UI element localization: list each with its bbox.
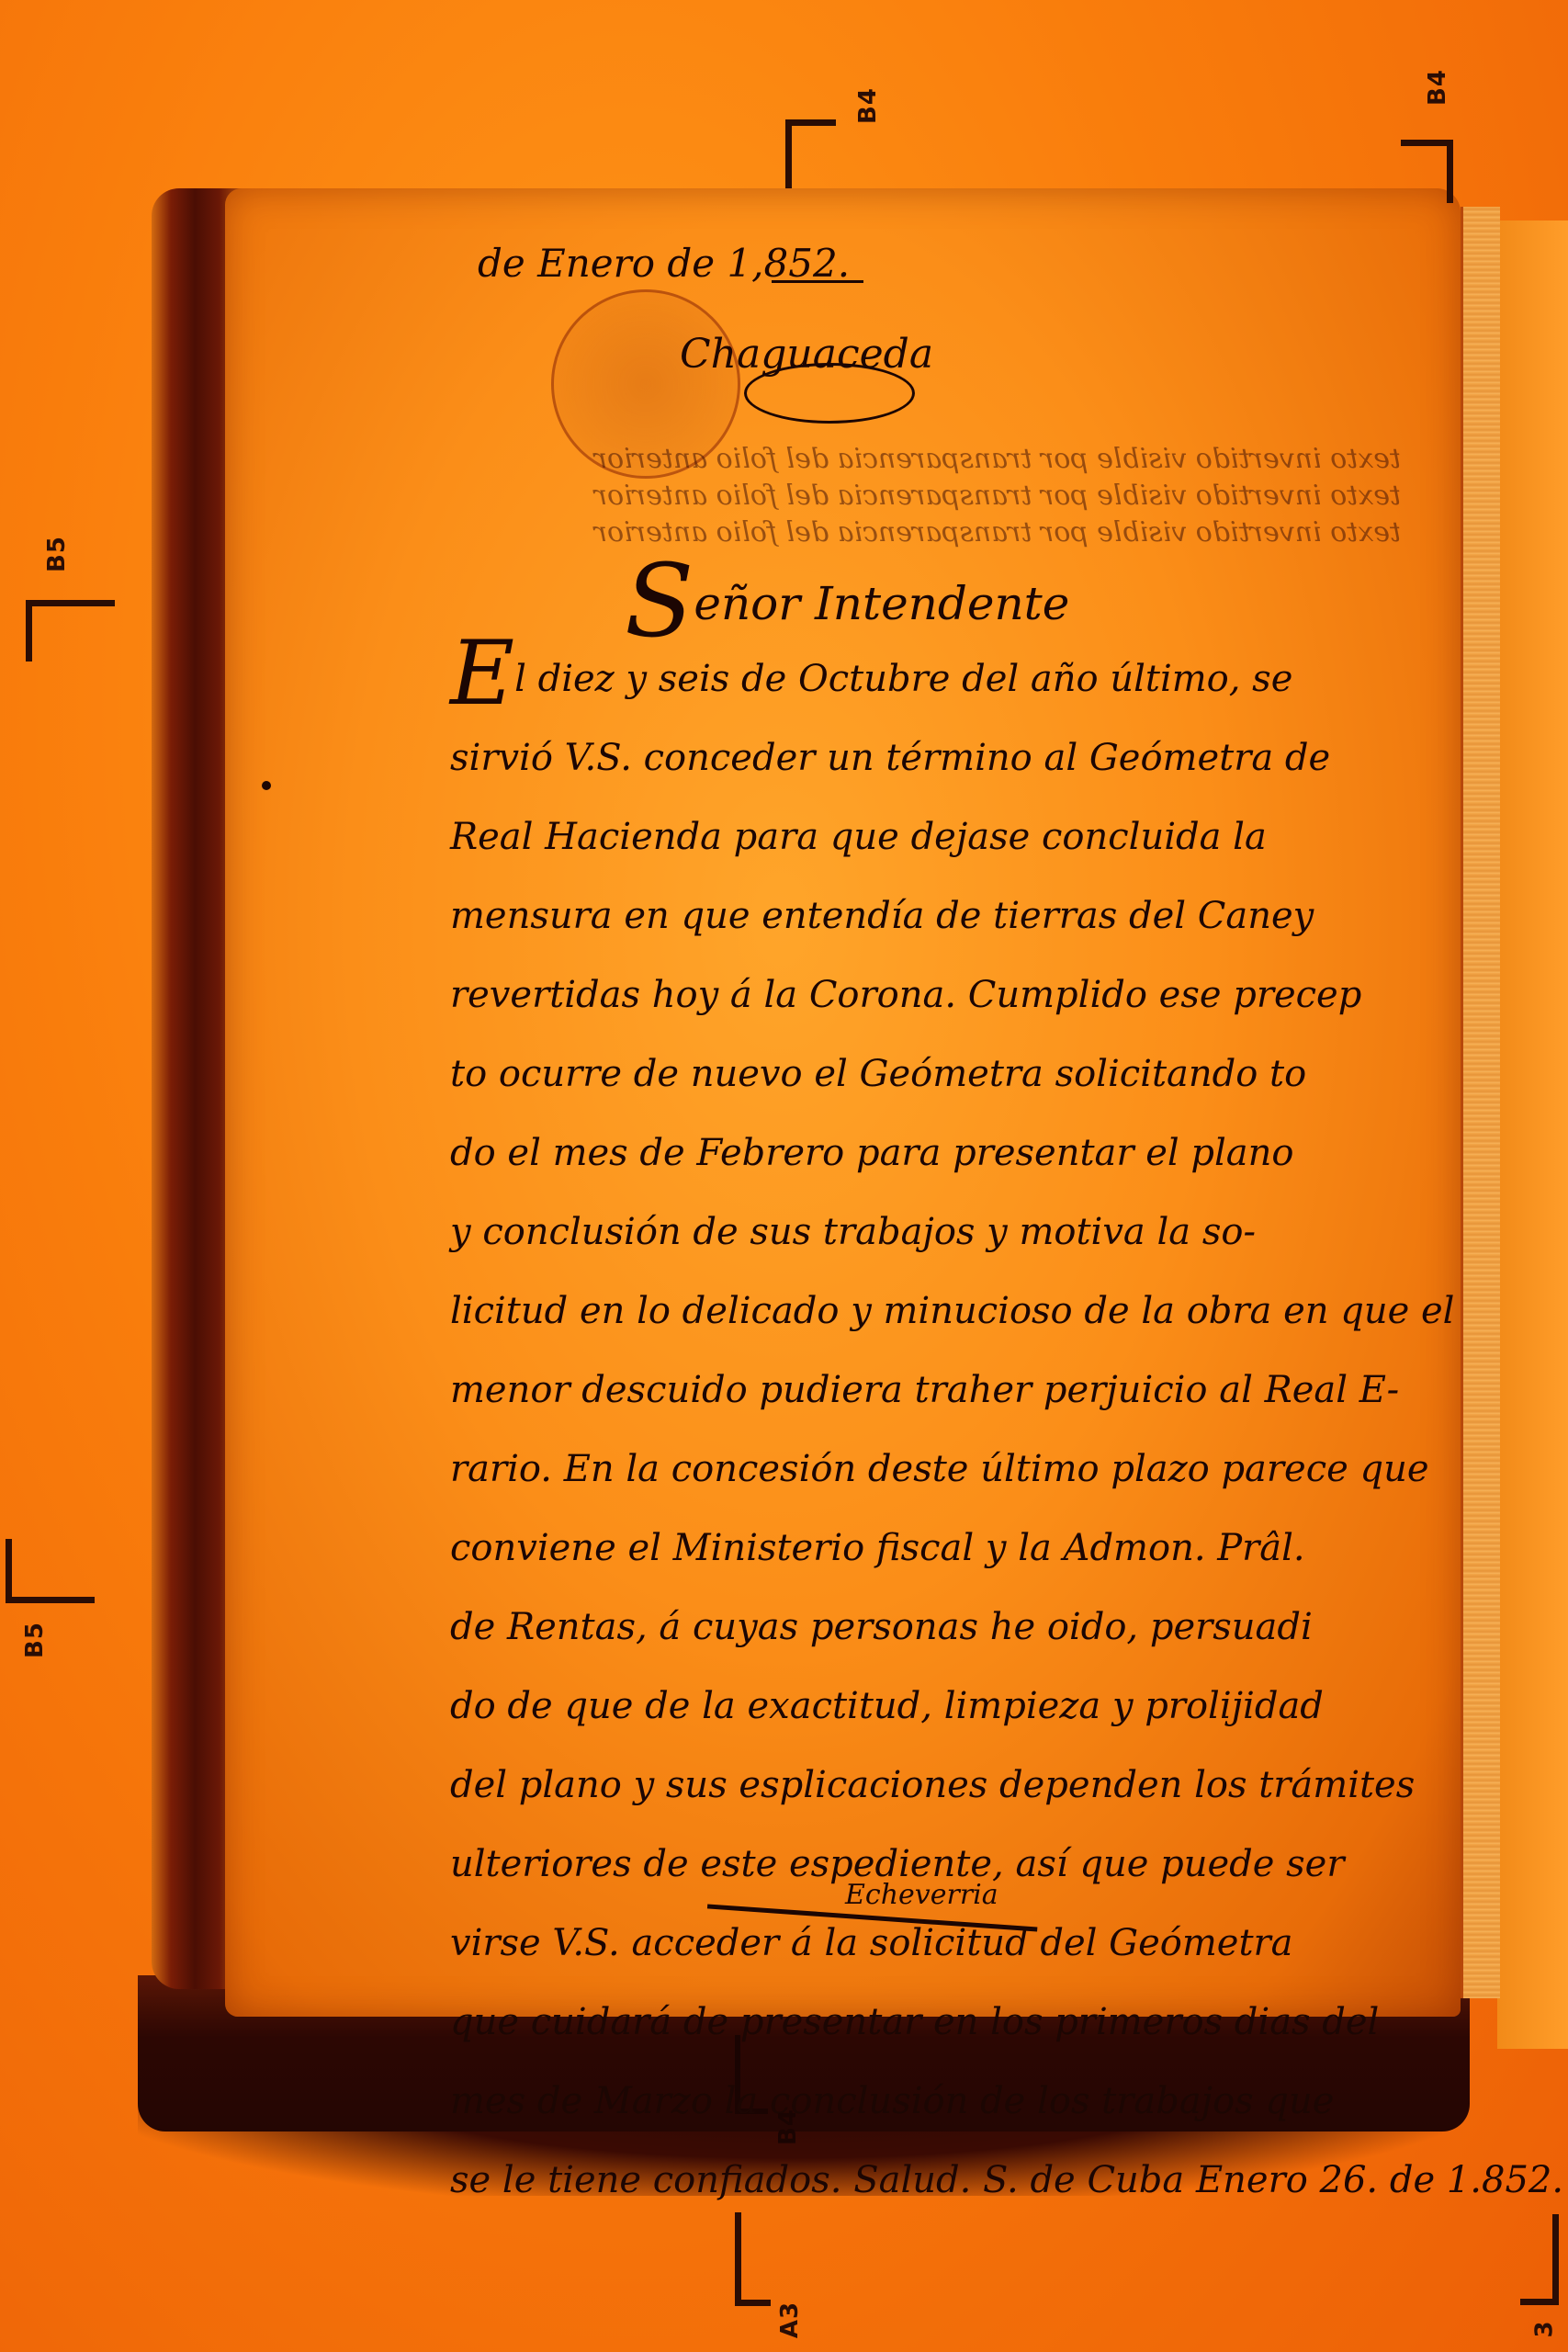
body-line: licitud en lo delicado y minucioso de la… bbox=[450, 1272, 1442, 1351]
body-line: do de que de la exactitud, limpieza y pr… bbox=[450, 1667, 1442, 1746]
body-line: mensura en que entendía de tierras del C… bbox=[450, 876, 1442, 955]
body-line: rario. En la concesión deste último plaz… bbox=[450, 1430, 1442, 1509]
crop-mark-top-left bbox=[785, 119, 836, 188]
body-line: del plano y sus esplicaciones dependen l… bbox=[450, 1746, 1442, 1825]
header-rule bbox=[772, 280, 863, 283]
crop-mark-left-lower bbox=[6, 1539, 95, 1603]
ink-blot bbox=[262, 781, 271, 790]
body-line: menor descuido pudiera traher perjuicio … bbox=[450, 1351, 1442, 1430]
rubric-flourish bbox=[744, 363, 915, 424]
crop-mark-label: B5 bbox=[21, 1622, 49, 1658]
crop-mark-label: 3 bbox=[1531, 2320, 1559, 2337]
body-line: que cuidará de presentar en los primeros… bbox=[450, 1983, 1442, 2062]
dropcap: E bbox=[450, 622, 514, 725]
bleed-through-text: texto invertido visible por transparenci… bbox=[253, 441, 1401, 551]
crop-mark-bottom-left bbox=[735, 2212, 771, 2306]
header-date: de Enero de 1,852. bbox=[478, 241, 850, 286]
body-line: El diez y seis de Octubre del año último… bbox=[450, 634, 1442, 718]
crop-mark-label: B4 bbox=[854, 87, 882, 124]
letter-body: El diez y seis de Octubre del año último… bbox=[450, 634, 1442, 2220]
body-line: de Rentas, á cuyas personas he oido, per… bbox=[450, 1588, 1442, 1667]
body-line: sirvió V.S. conceder un término al Geóme… bbox=[450, 718, 1442, 797]
body-line: conviene el Ministerio fiscal y la Admon… bbox=[450, 1509, 1442, 1588]
body-line: Real Hacienda para que dejase concluida … bbox=[450, 797, 1442, 876]
body-line: se le tiene confiados. Salud. S. de Cuba… bbox=[450, 2141, 1442, 2220]
adjacent-page bbox=[1497, 220, 1568, 2049]
body-line: y conclusión de sus trabajos y motiva la… bbox=[450, 1193, 1442, 1272]
page-stack-edge bbox=[1461, 207, 1500, 1998]
salutation-text: eñor Intendente bbox=[694, 577, 1069, 630]
body-line: to ocurre de nuevo el Geómetra solicitan… bbox=[450, 1035, 1442, 1114]
crop-mark-label: A3 bbox=[776, 2301, 804, 2338]
body-line: mes de Marzo la conclusión de los trabaj… bbox=[450, 2062, 1442, 2141]
crop-mark-top-right bbox=[1401, 140, 1453, 203]
body-line: do el mes de Febrero para presentar el p… bbox=[450, 1114, 1442, 1193]
crop-mark-label: B4 bbox=[1424, 69, 1451, 106]
crop-mark-label: B5 bbox=[43, 536, 71, 572]
crop-mark-bottom-right bbox=[1520, 2214, 1559, 2305]
body-line: revertidas hoy á la Corona. Cumplido ese… bbox=[450, 955, 1442, 1035]
crop-mark-left-upper bbox=[26, 600, 115, 661]
